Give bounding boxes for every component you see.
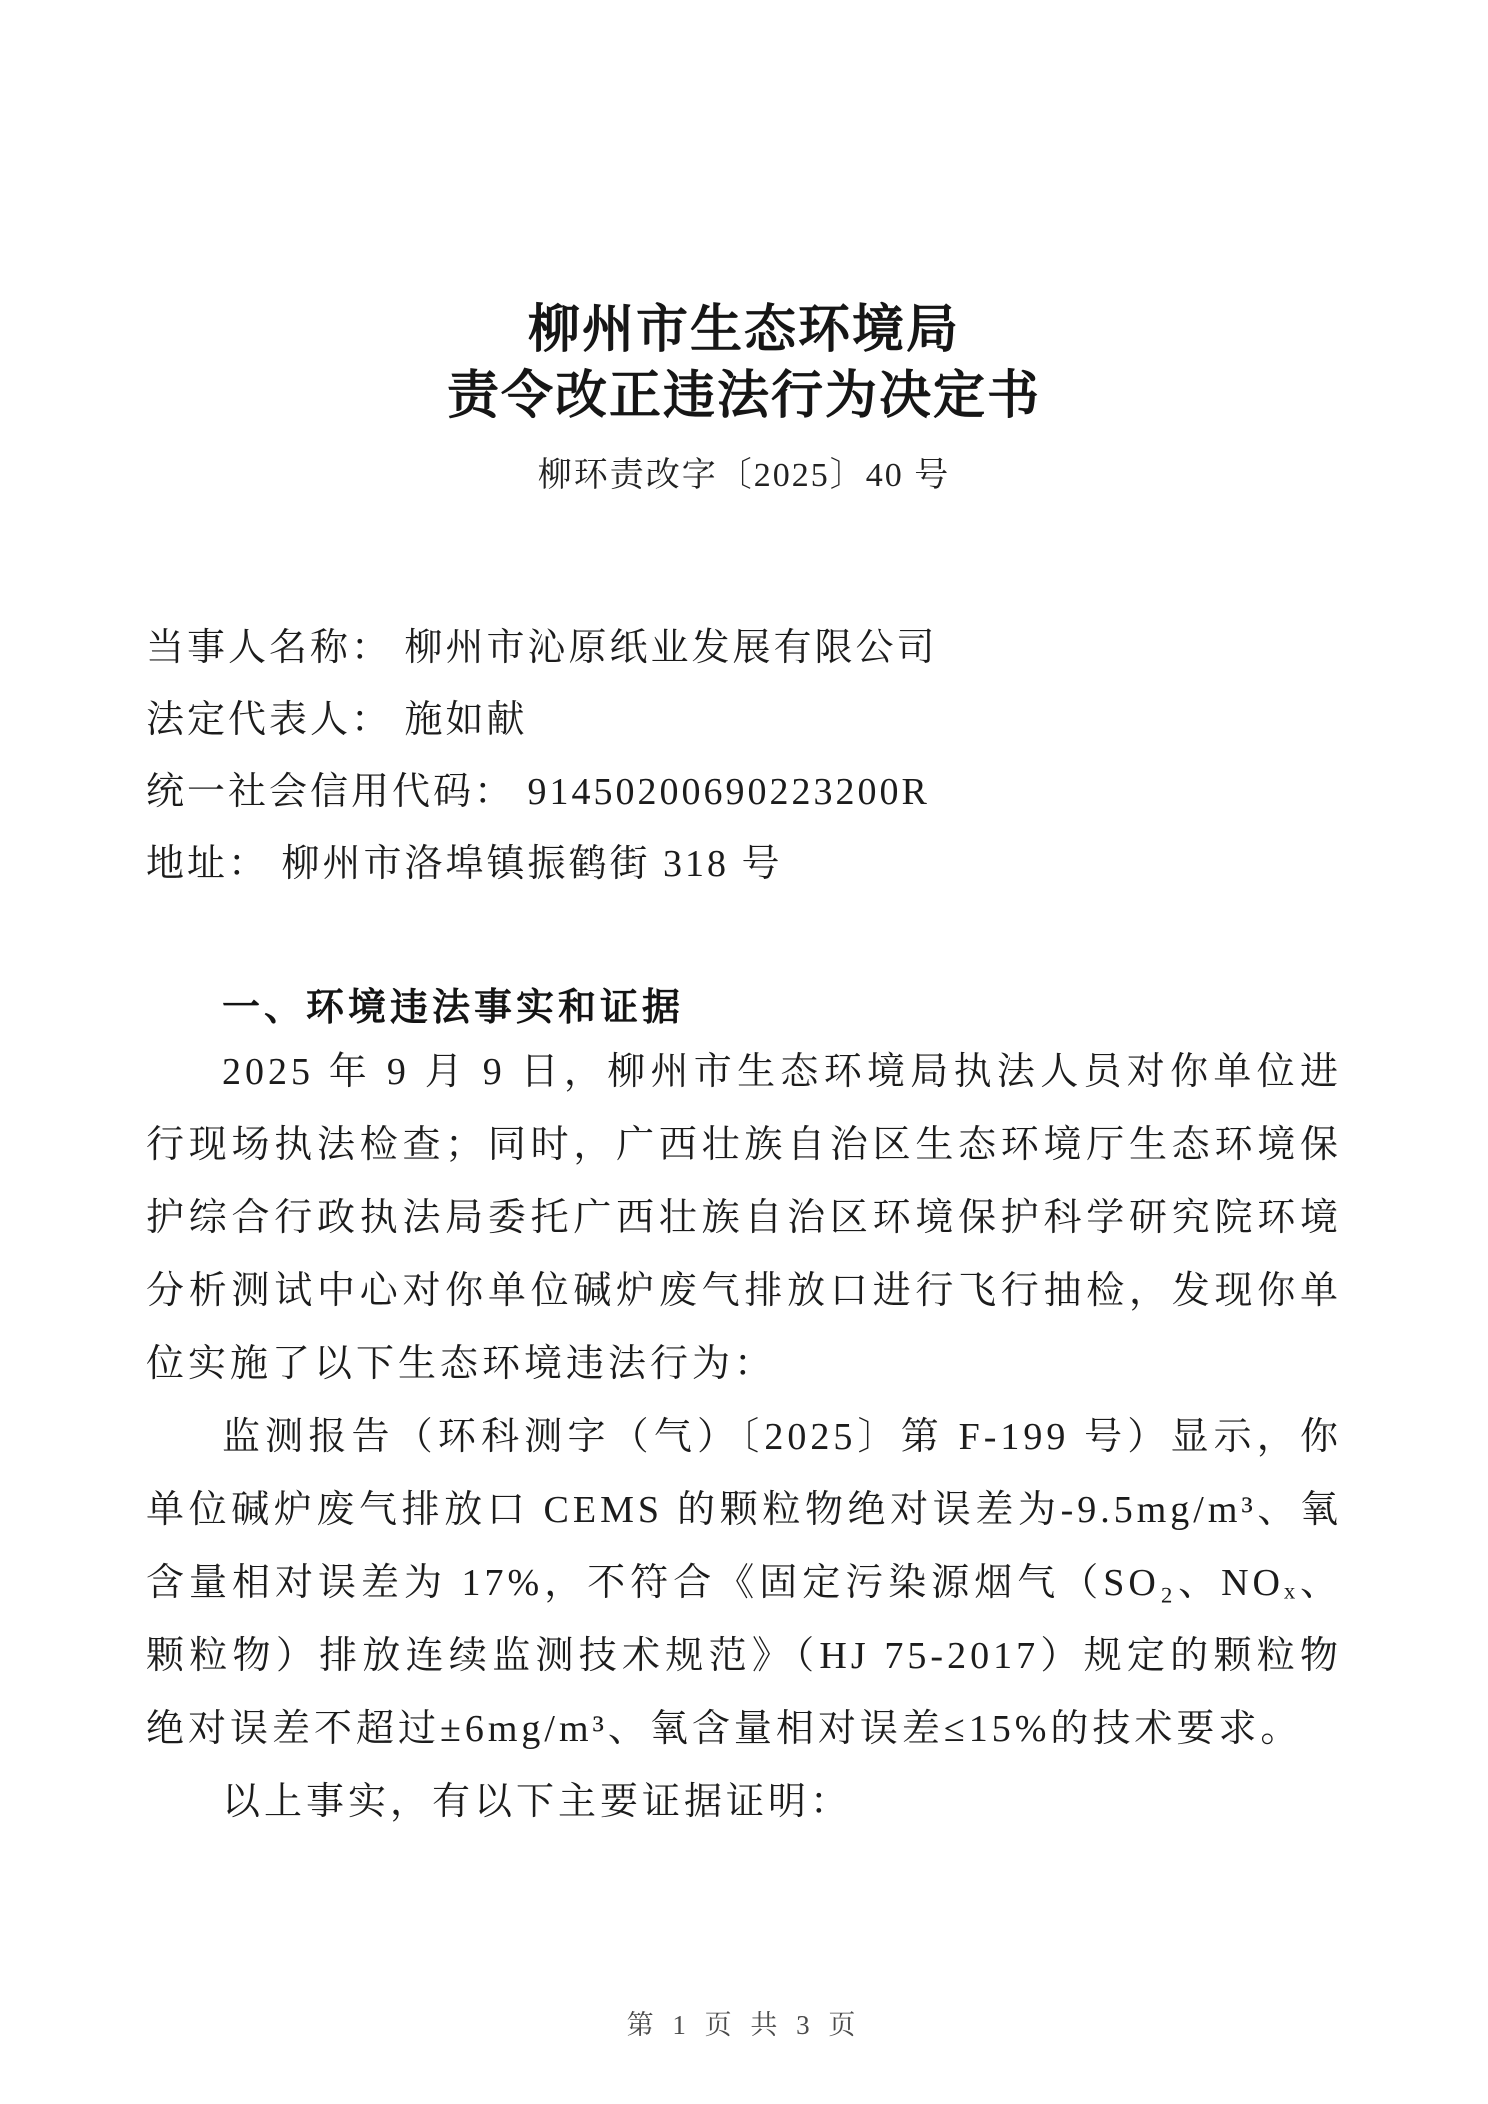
document-body: 一、环境违法事实和证据 2025 年 9 月 9 日，柳州市生态环境局执法人员对… — [146, 980, 1342, 1839]
credit-code-line: 统一社会信用代码： 91450200690223200R — [146, 756, 1342, 828]
legal-representative-line: 法定代表人： 施如献 — [146, 684, 1342, 756]
party-name-line: 当事人名称： 柳州市沁原纸业发展有限公司 — [146, 612, 1342, 684]
title-line-1: 柳州市生态环境局 — [146, 298, 1342, 364]
paragraph-monitoring-report: 监测报告（环科测字（气）〔2025〕第 F-199 号）显示，你单位碱炉废气排放… — [146, 1401, 1342, 1766]
document-page: 柳州市生态环境局 责令改正违法行为决定书 柳环责改字〔2025〕40 号 当事人… — [0, 0, 1488, 2104]
page-footer: 第 1 页 共 3 页 — [0, 2003, 1488, 2042]
document-title: 柳州市生态环境局 责令改正违法行为决定书 — [146, 298, 1342, 430]
paragraph-inspection-facts: 2025 年 9 月 9 日，柳州市生态环境局执法人员对你单位进行现场执法检查；… — [146, 1036, 1342, 1401]
page-indicator: 第 1 页 共 3 页 — [627, 2010, 862, 2040]
section-heading-facts-evidence: 一、环境违法事实和证据 — [146, 980, 1342, 1036]
address-line: 地址： 柳州市洛埠镇振鹤街 318 号 — [146, 828, 1342, 900]
party-info-section: 当事人名称： 柳州市沁原纸业发展有限公司 法定代表人： 施如献 统一社会信用代码… — [146, 612, 1342, 900]
document-header: 柳州市生态环境局 责令改正违法行为决定书 柳环责改字〔2025〕40 号 — [146, 298, 1342, 500]
document-number: 柳环责改字〔2025〕40 号 — [146, 452, 1342, 500]
title-line-2: 责令改正违法行为决定书 — [146, 364, 1342, 430]
paragraph-evidence-intro: 以上事实，有以下主要证据证明： — [146, 1766, 1342, 1839]
